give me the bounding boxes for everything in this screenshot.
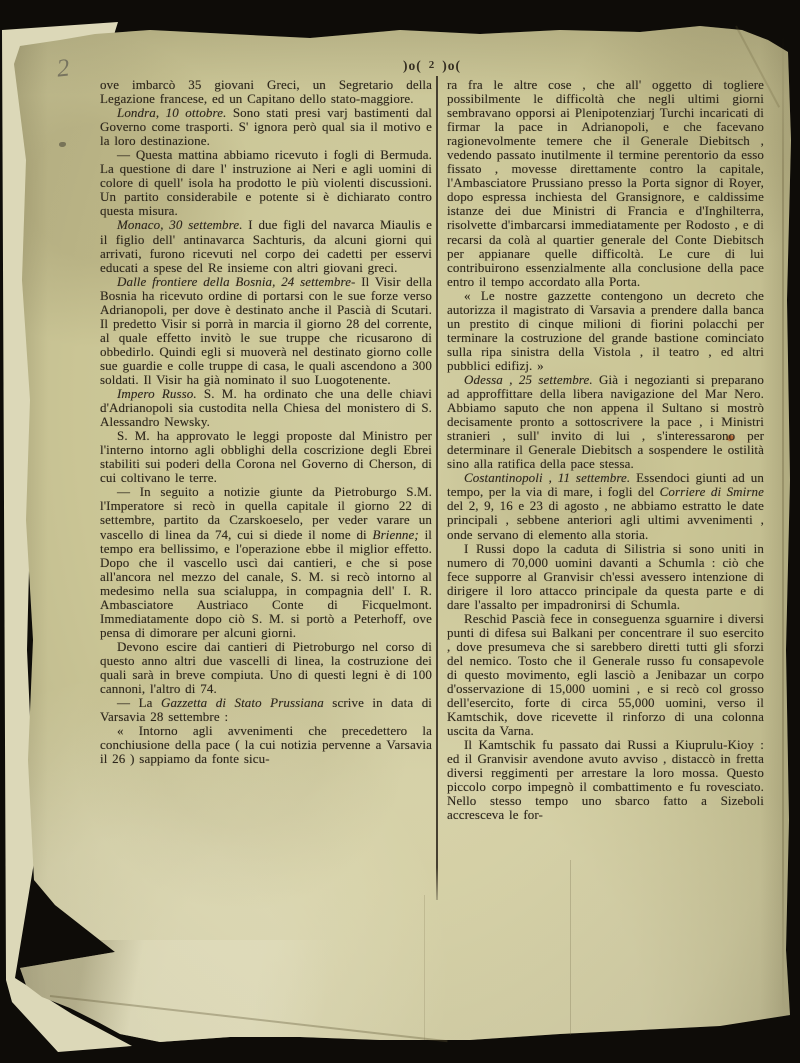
paragraph: ove imbarcò 35 giovani Greci, un Segreta…	[100, 78, 432, 106]
body-text: Il Kamtschik fu passato dai Russi a Kiup…	[447, 737, 764, 822]
paragraph: Impero Russo. S. M. ha ordinato che una …	[100, 387, 432, 429]
dateline-italic: Corriere di Smirne	[660, 484, 764, 499]
paragraph: Il Kamtschik fu passato dai Russi a Kiup…	[447, 738, 764, 822]
header-ornament-right: )o(	[442, 58, 461, 73]
dateline-italic: Gazzetta di Stato Prussiana	[161, 695, 324, 710]
page-number: 2	[422, 59, 443, 71]
body-text: « Le nostre gazzette contengono un decre…	[447, 288, 764, 373]
body-text: — La	[117, 695, 161, 710]
dateline-italic: Costantinopoli , 11 settembre.	[464, 470, 630, 485]
paragraph: Devono escire dai cantieri di Pietroburg…	[100, 640, 432, 696]
body-text: ove imbarcò 35 giovani Greci, un Segreta…	[100, 77, 432, 106]
paragraph: Monaco, 30 settembre. I due figli del na…	[100, 218, 432, 274]
paragraph: Dalle frontiere della Bosnia, 24 settemb…	[100, 275, 432, 387]
body-text: ra fra le altre cose , che all' oggetto …	[447, 77, 764, 289]
ink-speck	[59, 142, 66, 147]
paragraph: « Le nostre gazzette contengono un decre…	[447, 289, 764, 373]
paragraph: Reschid Pascià fece in conseguenza sguar…	[447, 612, 764, 738]
body-text: Il Visir della Bosnia ha ricevuto ordine…	[100, 274, 432, 387]
body-text: — Questa mattina abbiamo ricevuto i fogl…	[100, 147, 432, 218]
body-text: I Russi dopo la caduta di Silistria si s…	[447, 541, 764, 612]
paragraph: S. M. ha approvato le leggi proposte dal…	[100, 429, 432, 485]
body-text: Già i negozianti si preparano ad approff…	[447, 372, 764, 471]
paragraph: Costantinopoli , 11 settembre. Essendoci…	[447, 471, 764, 541]
paragraph: Londra, 10 ottobre. Sono stati presi var…	[100, 106, 432, 148]
body-text: S. M. ha approvato le leggi proposte dal…	[100, 428, 432, 485]
paragraph: — Questa mattina abbiamo ricevuto i fogl…	[100, 148, 432, 218]
body-text: del 2, 9, 16 e 23 di agosto , ne abbiamo…	[447, 498, 764, 541]
dateline-italic: Monaco, 30 settembre.	[117, 217, 243, 232]
column-right: ra fra le altre cose , che all' oggetto …	[447, 78, 764, 822]
paragraph: Odessa , 25 settembre. Già i negozianti …	[447, 373, 764, 471]
paragraph: — La Gazzetta di Stato Prussiana scrive …	[100, 696, 432, 724]
scanned-newspaper-page: { "document": { "kind": "scanned histori…	[0, 0, 800, 1063]
paragraph: I Russi dopo la caduta di Silistria si s…	[447, 542, 764, 612]
body-text: Reschid Pascià fece in conseguenza sguar…	[447, 611, 764, 738]
handwritten-page-mark: 2	[56, 54, 71, 83]
body-text: « Intorno agli avvenimenti che precedett…	[100, 723, 432, 766]
column-divider-rule	[436, 76, 438, 900]
page-content: 2 )o(2)o( ove imbarcò 35 giovani Greci, …	[0, 0, 800, 1063]
dateline-italic: Brienne;	[373, 527, 419, 542]
header-ornament-left: )o(	[403, 58, 422, 73]
dateline-italic: Impero Russo.	[117, 386, 197, 401]
body-text: Devono escire dai cantieri di Pietroburg…	[100, 639, 432, 696]
dateline-italic: Dalle frontiere della Bosnia, 24 settemb…	[117, 274, 356, 289]
dateline-italic: Londra, 10 ottobre.	[117, 105, 226, 120]
body-text: il tempo era bellissimo, e l'operazione …	[100, 527, 432, 640]
paragraph: « Intorno agli avvenimenti che precedett…	[100, 724, 432, 766]
page-header: )o(2)o(	[386, 58, 478, 74]
paragraph: — In seguito a notizie giunte da Pietrob…	[100, 485, 432, 640]
column-left: ove imbarcò 35 giovani Greci, un Segreta…	[100, 78, 432, 766]
paragraph: ra fra le altre cose , che all' oggetto …	[447, 78, 764, 289]
dateline-italic: Odessa , 25 settembre.	[464, 372, 593, 387]
